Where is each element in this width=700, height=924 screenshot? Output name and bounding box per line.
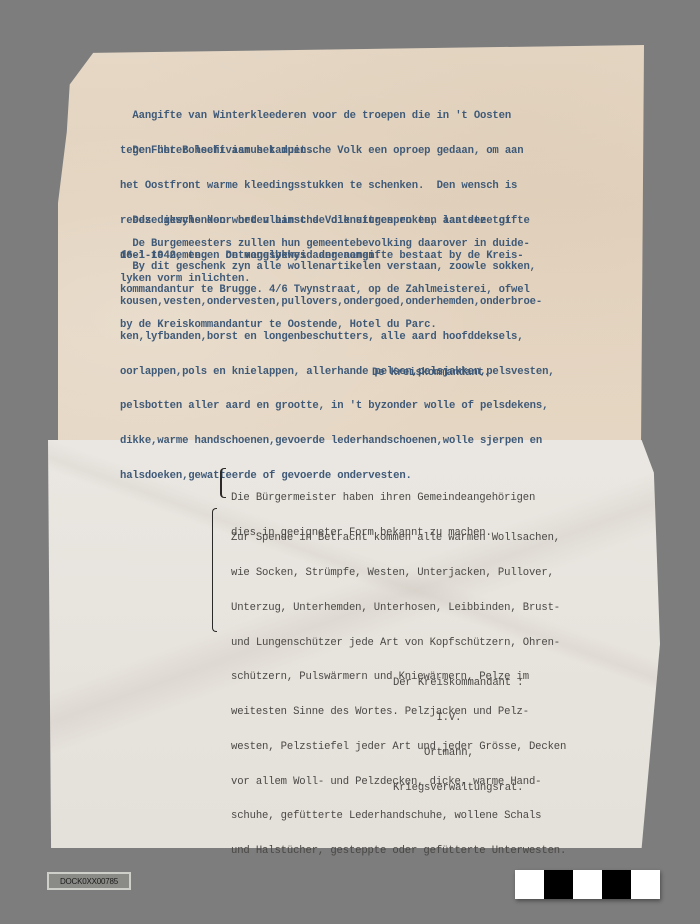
scale-segment (631, 870, 660, 899)
text-line: dikke,warme handschoenen,gevoerde lederh… (120, 436, 555, 448)
text-line: pelsbotten aller aard en grootte, in 't … (120, 401, 555, 413)
scale-segment (515, 870, 544, 899)
text-line: Ortmann, (393, 748, 523, 760)
scale-segment (602, 870, 631, 899)
dutch-signature: De Kreiskommandant. (372, 345, 490, 391)
bracket-mark (220, 468, 226, 498)
text-line: wie Socken, Strümpfe, Westen, Unterjacke… (231, 568, 566, 580)
text-line: Unterzug, Unterhemden, Unterhosen, Leibb… (231, 603, 566, 615)
document-id-label: DOCK0XX00785 (47, 872, 131, 890)
text-line: het Oostfront warme kleedingsstukken te … (120, 181, 530, 193)
scale-segment (573, 870, 602, 899)
text-line: ken,lyfbanden,borst en longenbeschutters… (120, 332, 555, 344)
text-line: Aangifte van Winterkleederen voor de tro… (120, 111, 511, 123)
text-line: By dit geschenk zyn alle wollenartikelen… (120, 262, 555, 274)
text-line: De Führer heeft aan het duitsche Volk ee… (120, 146, 530, 158)
text-line: und Halstücher, gesteppte oder gefüttert… (231, 846, 566, 858)
text-line: Kriegsverwaltungsrat. (393, 783, 523, 795)
scale-segment (544, 870, 573, 899)
text-line: Zur Spende in Betracht kommen alle warme… (231, 533, 566, 545)
text-line: schuhe, gefütterte Lederhandschuhe, woll… (231, 811, 566, 823)
bracket-mark (212, 508, 217, 632)
german-signature: Der Kreiskommandant : I.V. Ortmann, Krie… (393, 655, 523, 806)
text-line: kousen,vesten,ondervesten,pullovers,onde… (120, 297, 555, 309)
text-line: und Lungenschützer jede Art von Kopfschü… (231, 638, 566, 650)
color-scale-bar (515, 870, 660, 899)
text-line: Der Kreiskommandant : (393, 678, 523, 690)
text-line: I.V. (393, 713, 523, 725)
text-line: Die Bürgermeister haben ihren Gemeindean… (231, 493, 535, 505)
signature-text: De Kreiskommandant. (372, 368, 490, 380)
